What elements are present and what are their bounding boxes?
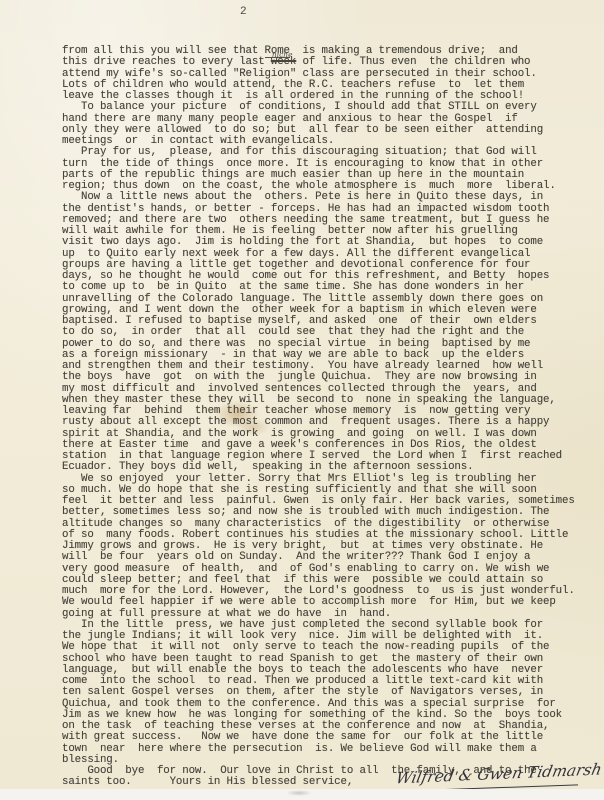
page-number: 2: [240, 6, 247, 18]
letter-line: will be four years old on Sunday. And th…: [62, 552, 600, 563]
letter-line: town near here where the persecution is.…: [62, 744, 600, 755]
letter-lines: from all this you will see that Rome is …: [62, 46, 600, 789]
letter-line: We hope that it will not only serve to t…: [62, 642, 600, 653]
letter-line: the boys have got on with the jungle Qui…: [62, 372, 600, 383]
letter-line: To balance your picture of conditions, I…: [62, 102, 600, 113]
scan-smudge: [286, 790, 312, 796]
letter-line: Now a little news about the others. Pete…: [62, 192, 600, 203]
letter-line: Ecuador. They boys did well, speaking in…: [62, 462, 600, 473]
letter-paper: 2 from all this you will see that Rome i…: [0, 0, 604, 789]
letter-line: visit two days ago. Jim is holding the f…: [62, 237, 600, 248]
handwritten-correction: niche: [272, 49, 293, 60]
letter-line: this drive reaches to every last weeknic…: [62, 57, 600, 68]
letter-line: better, sometimes less so; and now she i…: [62, 507, 600, 518]
letter-line: to come up to be in Quito at the same ti…: [62, 282, 600, 293]
letter-line: rusty about all except the most common a…: [62, 417, 600, 428]
letter-line: We would feel happier if we were able to…: [62, 597, 600, 608]
letter-line: to do so, in order that all could see th…: [62, 327, 600, 338]
letter-line: with great success. Now we have done the…: [62, 732, 600, 743]
letter-line: ten salent Gospel verses on them, after …: [62, 687, 600, 698]
letter-line: Pray for us, please, and for this discou…: [62, 147, 600, 158]
